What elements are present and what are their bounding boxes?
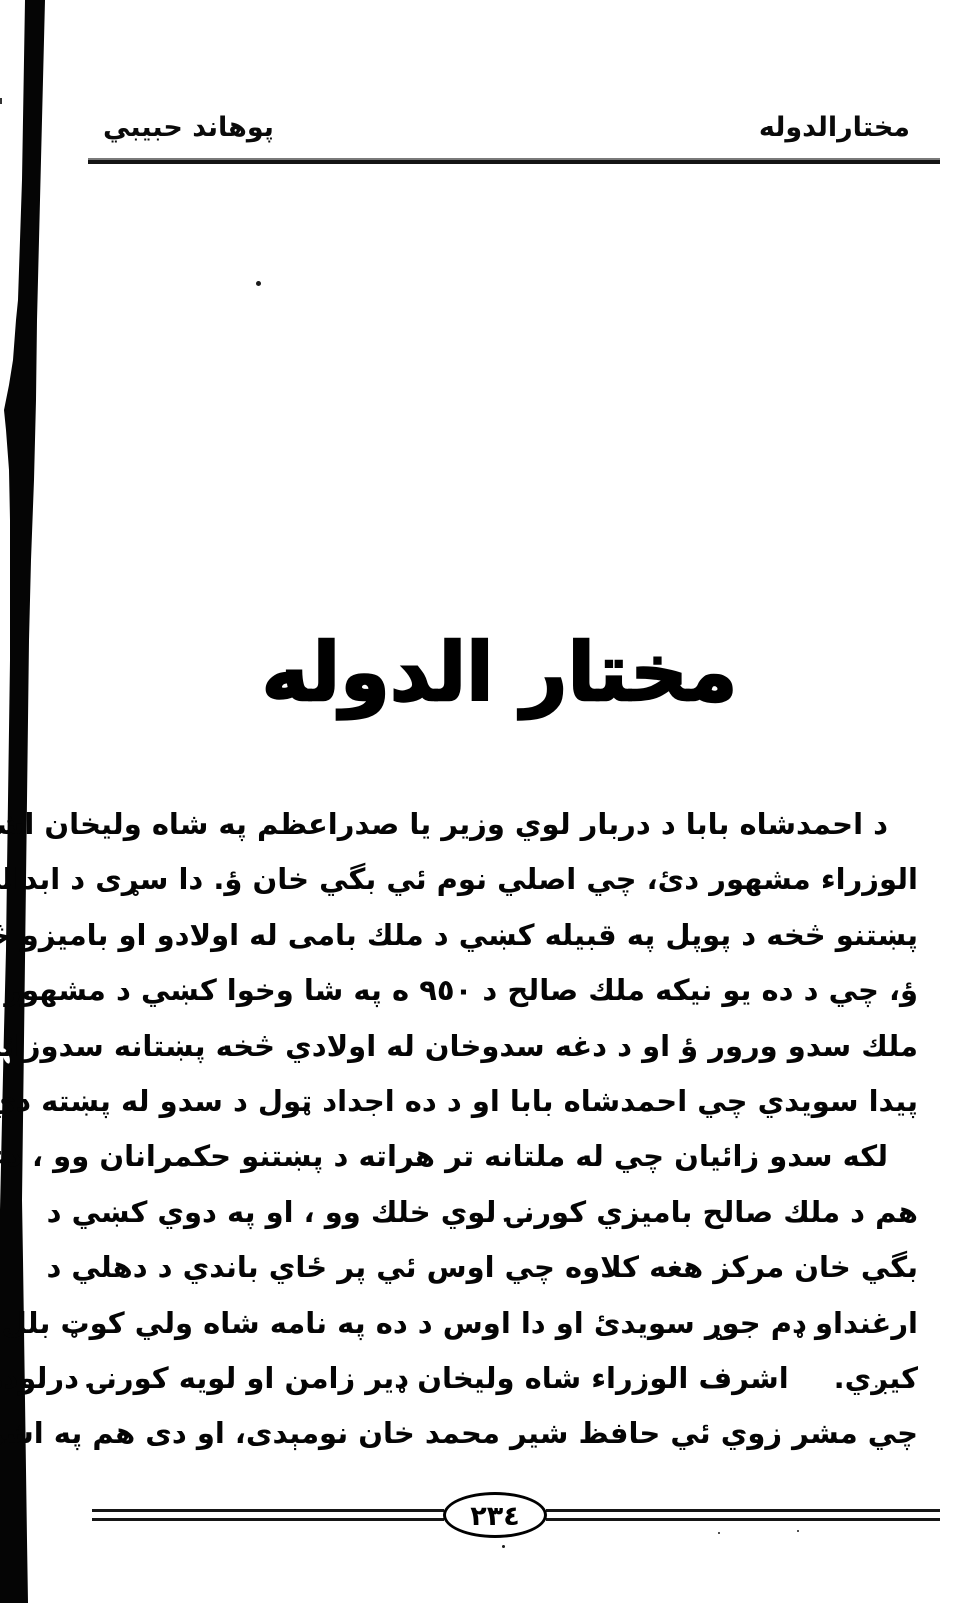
page-number-badge: ٢٣٤: [443, 1492, 547, 1538]
scanned-book-page: مختارالدوله پوهاند حبيبي مختار الدوله د …: [0, 0, 968, 1603]
body-line-12: چي مشر زوي ئي حافظ شير محمد خان نومېدى، …: [96, 1406, 918, 1461]
page-number: ٢٣٤: [470, 1501, 519, 1532]
running-head-author: پوهاند حبيبي: [103, 106, 274, 150]
body-line-6: پيدا سويدي چي احمدشاه بابا او د ده اجداد…: [96, 1074, 918, 1129]
body-line-2: الوزراء مشهور دئ، چي اصلي نوم ئي بگي خان…: [96, 852, 918, 907]
body-line-9: بگي خان مركز هغه كلاوه چي اوس ئي پر ځاي …: [96, 1240, 918, 1295]
scan-speck: [256, 281, 261, 286]
page-footer: ٢٣٤: [92, 1491, 940, 1539]
body-line-3: پښتنو څخه د پوپل په قبيله كښي د ملك بامی…: [96, 908, 918, 963]
body-line-1: د احمدشاه بابا د دربار لوي وزير يا صدراع…: [96, 797, 918, 852]
running-head-title: مختارالدوله: [759, 106, 910, 150]
body-line-11: كيږي.اشرف الوزراء شاه وليخان ډير زامن او…: [96, 1351, 918, 1406]
body-line-4: ؤ، چي د ده يو نيكه ملك صالح د ٩٥٠ ه په ش…: [96, 963, 918, 1018]
body-line-10: ارغنداو ډم جوړ سويدئ او دا اوس د ده په ن…: [96, 1296, 918, 1351]
scan-speck: [502, 1545, 505, 1548]
chapter-title: مختار الدوله: [31, 608, 968, 738]
footer-rule-right: [546, 1509, 940, 1521]
body-line-8: هم د ملك صالح باميزي كورنۍ لوي خلك وو ، …: [96, 1185, 918, 1240]
body-line-5: ملك سدو ورور ؤ او د دغه سدوخان له اولادي…: [96, 1019, 918, 1074]
footer-rule-left: [92, 1509, 444, 1521]
body-text: د احمدشاه بابا د دربار لوي وزير يا صدراع…: [96, 797, 918, 1462]
header-rule: [88, 158, 940, 164]
body-line-7: لكه سدو زائيان چي له ملتانه تر هراته د پ…: [96, 1129, 918, 1184]
